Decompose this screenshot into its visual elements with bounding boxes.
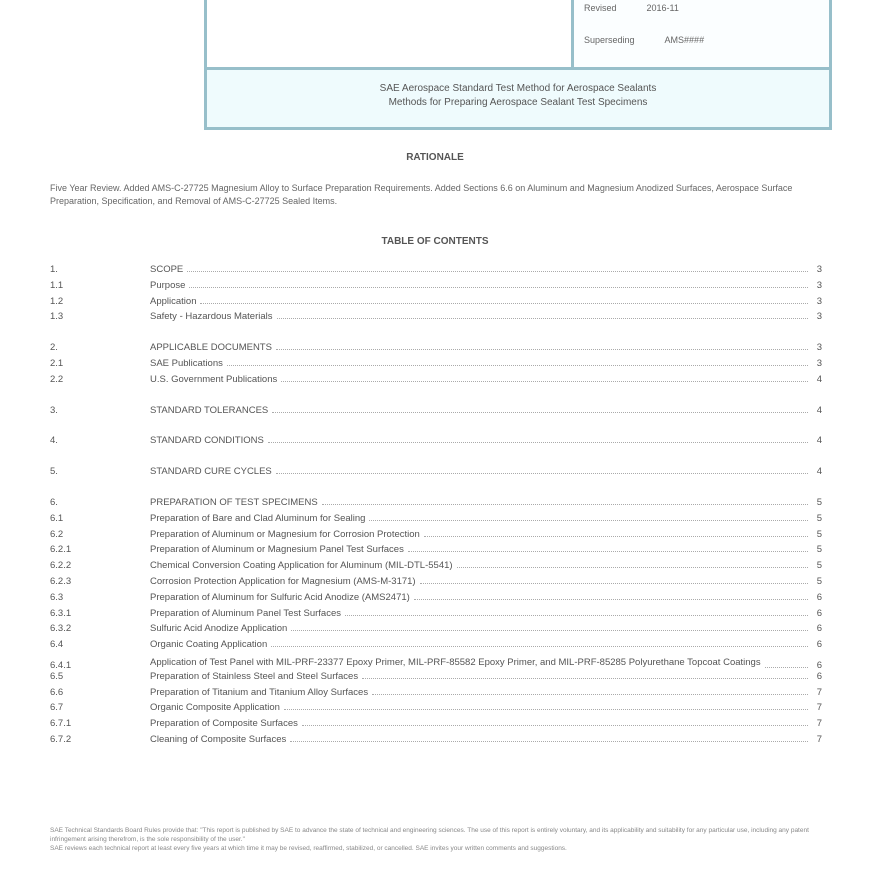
toc-heading: TABLE OF CONTENTS <box>0 236 870 247</box>
toc-leader-dots <box>281 381 808 382</box>
toc-entry-title: STANDARD CONDITIONS <box>150 435 264 446</box>
toc-leader-dots <box>420 583 808 584</box>
toc-entry-title: Organic Composite Application <box>150 702 280 713</box>
toc-entry-number: 6.4 <box>50 639 150 650</box>
toc-entry-page: 4 <box>812 466 822 477</box>
toc-leader-dots <box>187 271 808 272</box>
toc-entry-title: Preparation of Aluminum or Magnesium for… <box>150 529 420 540</box>
toc-entry-title: APPLICABLE DOCUMENTS <box>150 342 272 353</box>
document-header-box: Revised 2016-11 Superseding AMS#### SAE … <box>204 0 832 130</box>
toc-entry[interactable]: 6.7.2Cleaning of Composite Surfaces7 <box>50 734 822 750</box>
toc-leader-dots <box>414 599 808 600</box>
toc-leader-dots <box>372 694 808 695</box>
toc-entry[interactable]: 6.4.1Application of Test Panel with MIL-… <box>50 655 822 671</box>
toc-entry-number: 2. <box>50 342 150 353</box>
toc-entry-title: Preparation of Aluminum Panel Test Surfa… <box>150 608 341 619</box>
toc-leader-dots <box>268 442 808 443</box>
toc-entry-number: 6.5 <box>50 671 150 682</box>
toc-entry-number: 6.7 <box>50 702 150 713</box>
header-top-section: Revised 2016-11 Superseding AMS#### <box>207 0 829 70</box>
toc-entry[interactable]: 6.2.2Chemical Conversion Coating Applica… <box>50 560 822 576</box>
toc-leader-dots <box>291 630 808 631</box>
toc-entry-page: 5 <box>812 529 822 540</box>
toc-entry-number: 1.2 <box>50 296 150 307</box>
toc-entry-title: Preparation of Composite Surfaces <box>150 718 298 729</box>
toc-entry[interactable]: 5.STANDARD CURE CYCLES4 <box>50 466 822 482</box>
toc-entry-title: Application <box>150 296 196 307</box>
toc-entry-number: 1.1 <box>50 280 150 291</box>
toc-entry-title: SCOPE <box>150 264 183 275</box>
toc-leader-dots <box>765 667 808 668</box>
toc-entry-page: 3 <box>812 280 822 291</box>
toc-leader-dots <box>457 567 808 568</box>
toc-entry-page: 5 <box>812 513 822 524</box>
toc-entry[interactable]: 2.1SAE Publications3 <box>50 358 822 374</box>
toc-entry-page: 5 <box>812 560 822 571</box>
toc-entry[interactable]: 2.2U.S. Government Publications4 <box>50 374 822 390</box>
toc-entry-page: 5 <box>812 544 822 555</box>
toc-entry[interactable]: 6.6Preparation of Titanium and Titanium … <box>50 687 822 703</box>
toc-entry-page: 6 <box>812 623 822 634</box>
toc-entry[interactable]: 1.3Safety - Hazardous Materials3 <box>50 311 822 327</box>
toc-entry-number: 6.2 <box>50 529 150 540</box>
toc-leader-dots <box>369 520 808 521</box>
toc-entry-title: Preparation of Titanium and Titanium All… <box>150 687 368 698</box>
toc-entry[interactable]: 1.1Purpose3 <box>50 280 822 296</box>
toc-entry-number: 6. <box>50 497 150 508</box>
toc-entry-page: 6 <box>812 608 822 619</box>
toc-entry[interactable]: 1.SCOPE3 <box>50 264 822 280</box>
toc-entry-title: Chemical Conversion Coating Application … <box>150 560 453 571</box>
toc-entry-number: 6.3 <box>50 592 150 603</box>
toc-entry-number: 2.2 <box>50 374 150 385</box>
footer-line: SAE Technical Standards Board Rules prov… <box>50 826 822 844</box>
rationale-heading: RATIONALE <box>0 152 870 163</box>
toc-entry-number: 6.7.1 <box>50 718 150 729</box>
toc-entry-page: 3 <box>812 296 822 307</box>
toc-entry-page: 4 <box>812 435 822 446</box>
toc-entry-page: 3 <box>812 311 822 322</box>
toc-entry-page: 3 <box>812 358 822 369</box>
toc-entry-title: Purpose <box>150 280 185 291</box>
header-meta-panel: Revised 2016-11 Superseding AMS#### <box>571 0 829 67</box>
toc-entry-number: 2.1 <box>50 358 150 369</box>
toc-leader-dots <box>302 725 808 726</box>
toc-entry[interactable]: 6.2.3Corrosion Protection Application fo… <box>50 576 822 592</box>
document-title: SAE Aerospace Standard Test Method for A… <box>207 70 829 127</box>
toc-entry-title: Preparation of Bare and Clad Aluminum fo… <box>150 513 365 524</box>
toc-entry[interactable]: 6.7Organic Composite Application7 <box>50 702 822 718</box>
toc-entry-title: SAE Publications <box>150 358 223 369</box>
toc-leader-dots <box>200 303 808 304</box>
toc-entry[interactable]: 3.STANDARD TOLERANCES4 <box>50 405 822 421</box>
toc-entry-title: Preparation of Aluminum or Magnesium Pan… <box>150 544 404 555</box>
toc-leader-dots <box>284 709 808 710</box>
toc-entry[interactable]: 6.4Organic Coating Application6 <box>50 639 822 655</box>
toc-entry-page: 3 <box>812 264 822 275</box>
toc-entry[interactable]: 2.APPLICABLE DOCUMENTS3 <box>50 342 822 358</box>
table-of-contents: 1.SCOPE31.1Purpose31.2Application31.3Saf… <box>50 264 822 750</box>
toc-entry-title: STANDARD TOLERANCES <box>150 405 268 416</box>
toc-entry-page: 4 <box>812 405 822 416</box>
toc-entry[interactable]: 6.3.2Sulfuric Acid Anodize Application6 <box>50 623 822 639</box>
toc-entry-page: 7 <box>812 687 822 698</box>
toc-entry-number: 1. <box>50 264 150 275</box>
toc-leader-dots <box>271 646 808 647</box>
meta-superseding: Superseding AMS#### <box>584 35 704 45</box>
toc-leader-dots <box>362 678 808 679</box>
toc-entry-title: Safety - Hazardous Materials <box>150 311 273 322</box>
toc-entry[interactable]: 6.2Preparation of Aluminum or Magnesium … <box>50 529 822 545</box>
toc-entry-number: 6.4.1 <box>50 660 150 671</box>
toc-entry[interactable]: 6.2.1Preparation of Aluminum or Magnesiu… <box>50 544 822 560</box>
toc-leader-dots <box>276 349 808 350</box>
toc-leader-dots <box>290 741 808 742</box>
toc-entry-page: 6 <box>812 660 822 671</box>
toc-entry-title: Application of Test Panel with MIL-PRF-2… <box>150 655 761 671</box>
toc-entry-number: 6.3.2 <box>50 623 150 634</box>
toc-leader-dots <box>277 318 809 319</box>
toc-entry-page: 4 <box>812 374 822 385</box>
toc-leader-dots <box>272 412 808 413</box>
toc-entry-title: Sulfuric Acid Anodize Application <box>150 623 287 634</box>
toc-leader-dots <box>424 536 808 537</box>
rationale-text: Five Year Review. Added AMS-C-27725 Magn… <box>50 182 820 208</box>
toc-entry-page: 3 <box>812 342 822 353</box>
toc-entry-number: 5. <box>50 466 150 477</box>
toc-entry-number: 3. <box>50 405 150 416</box>
toc-entry[interactable]: 4.STANDARD CONDITIONS4 <box>50 435 822 451</box>
toc-entry[interactable]: 6.3Preparation of Aluminum for Sulfuric … <box>50 592 822 608</box>
toc-leader-dots <box>276 473 808 474</box>
toc-entry-number: 6.2.3 <box>50 576 150 587</box>
toc-entry-page: 6 <box>812 592 822 603</box>
toc-entry-page: 7 <box>812 718 822 729</box>
toc-leader-dots <box>345 615 808 616</box>
toc-entry-title: Preparation of Stainless Steel and Steel… <box>150 671 358 682</box>
toc-entry[interactable]: 6.3.1Preparation of Aluminum Panel Test … <box>50 608 822 624</box>
toc-entry[interactable]: 6.7.1Preparation of Composite Surfaces7 <box>50 718 822 734</box>
toc-entry-title: STANDARD CURE CYCLES <box>150 466 272 477</box>
toc-entry-number: 6.6 <box>50 687 150 698</box>
toc-entry-page: 7 <box>812 702 822 713</box>
toc-entry[interactable]: 6.5Preparation of Stainless Steel and St… <box>50 671 822 687</box>
meta-revised: Revised 2016-11 <box>584 3 679 13</box>
toc-entry-number: 6.7.2 <box>50 734 150 745</box>
toc-leader-dots <box>322 504 808 505</box>
toc-entry-number: 1.3 <box>50 311 150 322</box>
toc-entry-number: 6.1 <box>50 513 150 524</box>
toc-entry-number: 6.3.1 <box>50 608 150 619</box>
toc-leader-dots <box>408 551 808 552</box>
toc-entry-page: 6 <box>812 671 822 682</box>
toc-entry-title: Cleaning of Composite Surfaces <box>150 734 286 745</box>
toc-entry-number: 6.2.1 <box>50 544 150 555</box>
toc-entry-title: Corrosion Protection Application for Mag… <box>150 576 416 587</box>
toc-leader-dots <box>227 365 808 366</box>
toc-entry-page: 5 <box>812 576 822 587</box>
toc-entry-number: 6.2.2 <box>50 560 150 571</box>
toc-entry[interactable]: 6.PREPARATION OF TEST SPECIMENS5 <box>50 497 822 513</box>
toc-entry-page: 5 <box>812 497 822 508</box>
footer-line: SAE reviews each technical report at lea… <box>50 844 822 853</box>
toc-entry-number: 4. <box>50 435 150 446</box>
footer-notice: SAE Technical Standards Board Rules prov… <box>50 826 822 853</box>
toc-entry-title: U.S. Government Publications <box>150 374 277 385</box>
toc-entry-page: 6 <box>812 639 822 650</box>
toc-entry[interactable]: 1.2Application3 <box>50 296 822 312</box>
toc-entry[interactable]: 6.1Preparation of Bare and Clad Aluminum… <box>50 513 822 529</box>
toc-leader-dots <box>189 287 808 288</box>
toc-entry-title: Preparation of Aluminum for Sulfuric Aci… <box>150 592 410 603</box>
toc-entry-page: 7 <box>812 734 822 745</box>
toc-entry-title: Organic Coating Application <box>150 639 267 650</box>
toc-entry-title: PREPARATION OF TEST SPECIMENS <box>150 497 318 508</box>
